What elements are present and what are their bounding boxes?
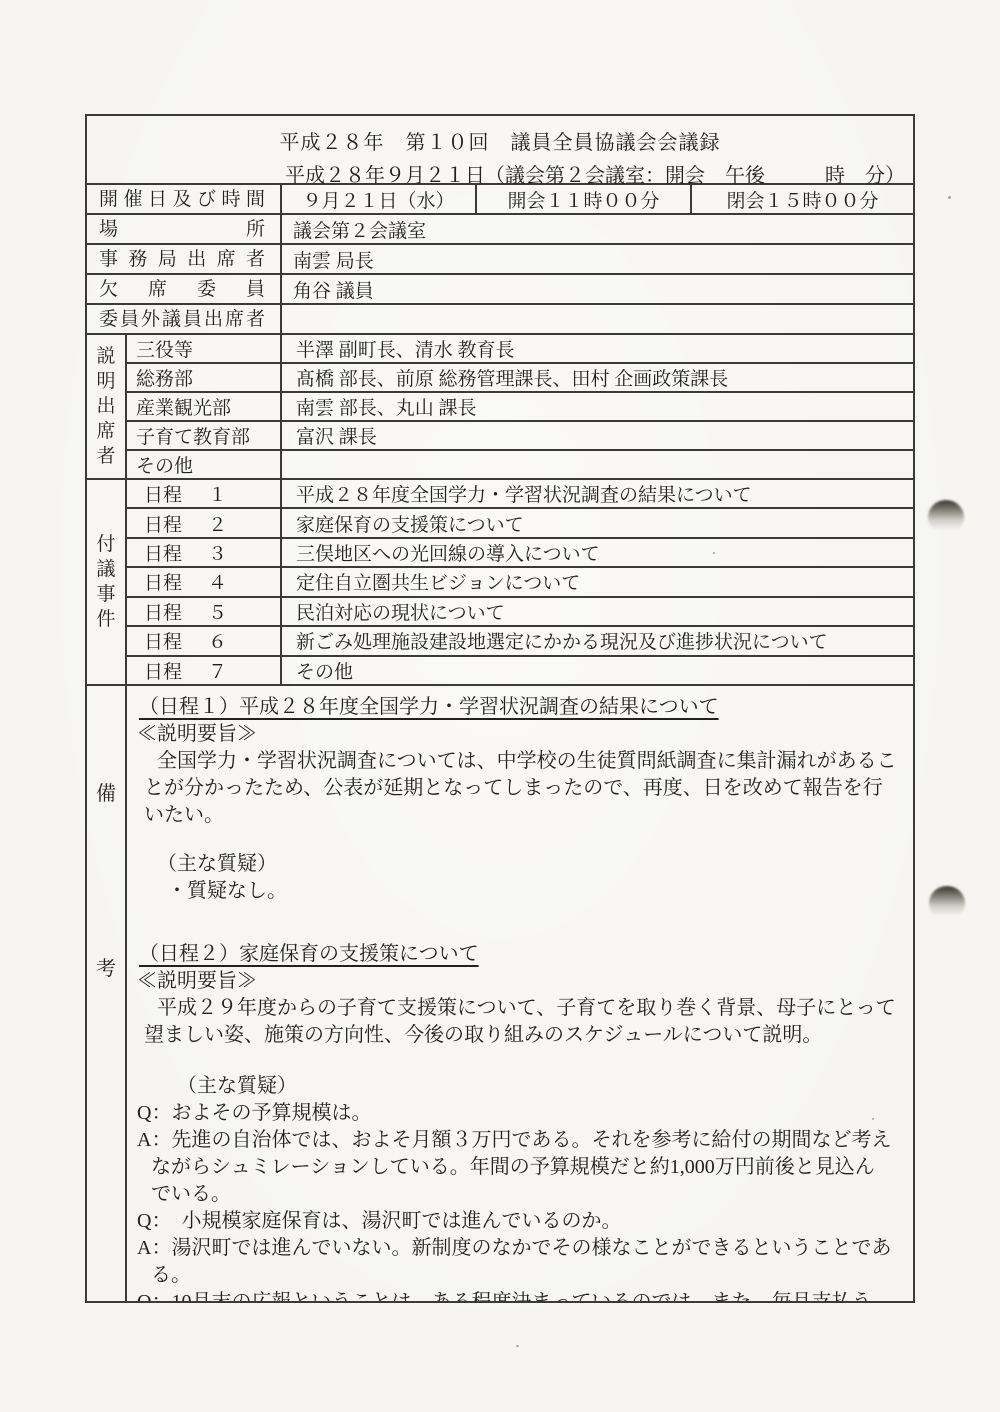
presenter-names: 富沢 課長 xyxy=(280,422,913,449)
presenter-role: 三役等 xyxy=(125,335,280,362)
secretariat-label: 事務局出席者 xyxy=(87,245,280,273)
agenda-row: 日程２ 家庭保育の支援策について xyxy=(125,507,913,536)
notes-content: （日程１）平成２８年度全国学力・学習状況調査の結果について ≪説明要旨≫ 全国学… xyxy=(125,686,913,1301)
scan-speck xyxy=(713,552,715,554)
absent-value: 角谷 議員 xyxy=(280,275,913,303)
agenda2-summary-line: 平成２９年度からの子育て支援策について、子育てを取り巻く背景、母子にとって xyxy=(137,995,911,1022)
agenda1-summary-line: とが分かったため、公表が延期となってしまったので、再度、日を改めて報告を行 xyxy=(137,775,911,802)
row-place: 場所 議会第２会議室 xyxy=(87,213,913,243)
agenda-no: 日程４ xyxy=(125,568,280,595)
place-value: 議会第２会議室 xyxy=(280,215,913,243)
scan-speck xyxy=(516,1345,519,1347)
agenda2-qa-label: （主な質疑） xyxy=(137,1073,911,1100)
nonmember-label: 委員外議員出席者 xyxy=(87,305,280,333)
qa-line: ながらシュミレーションしている。年間の予算規模だと約1,000万円前後と見込ん xyxy=(137,1154,911,1181)
qa-line: る。 xyxy=(137,1262,911,1289)
qa-line: Q：およその予算規模は。 xyxy=(137,1100,911,1127)
presenter-names: 髙橋 部長、前原 総務管理課長、田村 企画政策課長 xyxy=(280,364,913,391)
open-time: 開会１１時００分 xyxy=(475,185,690,213)
agenda-title: 新ごみ処理施設建設地選定にかかる現況及び進捗状況について xyxy=(280,627,913,654)
presenter-names: 南雲 部長、丸山 課長 xyxy=(280,393,913,420)
close-time: 閉会１５時００分 xyxy=(690,185,913,213)
agenda2-summary-line: 望ましい姿、施策の方向性、今後の取り組みのスケジュールについて説明。 xyxy=(137,1022,911,1049)
agenda-row: 日程３ 三俣地区への光回線の導入について xyxy=(125,537,913,566)
datetime-label: 開催日及び時間 xyxy=(87,185,280,213)
agenda-row: 日程５ 民泊対応の現状について xyxy=(125,596,913,625)
presenter-row: 産業観光部 南雲 部長、丸山 課長 xyxy=(125,391,913,420)
presenters-vertical-label: 説 明 出 席 者 xyxy=(87,335,125,478)
row-nonmember-attendee: 委員外議員出席者 xyxy=(87,303,913,333)
agenda-row: 日程６ 新ごみ処理施設建設地選定にかかる現況及び進捗状況について xyxy=(125,625,913,654)
agenda-no: 日程６ xyxy=(125,627,280,654)
agenda-title: 民泊対応の現状について xyxy=(280,598,913,625)
presenter-row: 三役等 半澤 副町長、清水 教育長 xyxy=(125,335,913,362)
agenda-row: 日程４ 定住自立圏共生ビジョンについて xyxy=(125,566,913,595)
agenda1-heading: （日程１）平成２８年度全国学力・学習状況調査の結果について xyxy=(137,694,911,721)
qa-line: A：湯沢町では進んでいない。新制度のなかでその様なことができるということであ xyxy=(137,1235,911,1262)
title-block: 平成２８年 第１０回 議員全員協議会会議録 平成２８年９月２１日（議会第２会議室… xyxy=(87,116,913,183)
secretariat-value: 南雲 局長 xyxy=(280,245,913,273)
agenda-no: 日程５ xyxy=(125,598,280,625)
punch-hole-shadow xyxy=(928,500,964,534)
agenda1-qa-none: ・質疑なし。 xyxy=(137,878,911,905)
agenda-row: 日程７ その他 xyxy=(125,655,913,684)
row-absent-member: 欠席委員 角谷 議員 xyxy=(87,273,913,303)
minutes-table: 平成２８年 第１０回 議員全員協議会会議録 平成２８年９月２１日（議会第２会議室… xyxy=(85,114,915,1303)
agenda-no: 日程３ xyxy=(125,539,280,566)
agenda-title: 家庭保育の支援策について xyxy=(280,509,913,536)
agenda-title: その他 xyxy=(280,657,913,684)
presenter-role: 産業観光部 xyxy=(125,393,280,420)
absent-label: 欠席委員 xyxy=(87,275,280,303)
presenter-row: その他 xyxy=(125,449,913,478)
agenda-no: 日程２ xyxy=(125,509,280,536)
qa-line: Q： 小規模家庭保育は、湯沢町では進んでいるのか。 xyxy=(137,1208,911,1235)
notes-section: 備 考 （日程１）平成２８年度全国学力・学習状況調査の結果について ≪説明要旨≫… xyxy=(87,684,913,1301)
nonmember-value xyxy=(280,305,913,333)
meeting-date: ９月２１日（水） xyxy=(280,185,475,213)
notes-vertical-label: 備 考 xyxy=(87,686,125,1301)
punch-hole-shadow xyxy=(929,886,965,920)
presenter-row: 総務部 髙橋 部長、前原 総務管理課長、田村 企画政策課長 xyxy=(125,362,913,391)
agenda2-summary-label: ≪説明要旨≫ xyxy=(137,968,911,995)
presenter-names: 半澤 副町長、清水 教育長 xyxy=(280,335,913,362)
agenda-section: 付 議 事 件 日程１ 平成２８年度全国学力・学習状況調査の結果について 日程２… xyxy=(87,478,913,684)
scan-speck xyxy=(948,196,951,199)
agenda-no: 日程１ xyxy=(125,480,280,507)
presenter-row: 子育て教育部 富沢 課長 xyxy=(125,420,913,449)
place-label: 場所 xyxy=(87,215,280,243)
agenda-title: 三俣地区への光回線の導入について xyxy=(280,539,913,566)
agenda1-summary-label: ≪説明要旨≫ xyxy=(137,721,911,748)
qa-line: A：先進の自治体では、およそ月額３万円である。それを参考に給付の期間など考え xyxy=(137,1127,911,1154)
presenter-role: 子育て教育部 xyxy=(125,422,280,449)
agenda-rows: 日程１ 平成２８年度全国学力・学習状況調査の結果について 日程２ 家庭保育の支援… xyxy=(125,480,913,684)
presenter-names xyxy=(280,451,913,478)
doc-title: 平成２８年 第１０回 議員全員協議会会議録 xyxy=(87,116,913,155)
scan-speck xyxy=(872,1118,874,1120)
agenda-title: 定住自立圏共生ビジョンについて xyxy=(280,568,913,595)
presenters-section: 説 明 出 席 者 三役等 半澤 副町長、清水 教育長 総務部 髙橋 部長、前原… xyxy=(87,333,913,478)
agenda2-heading: （日程２）家庭保育の支援策について xyxy=(137,941,911,968)
presenters-rows: 三役等 半澤 副町長、清水 教育長 総務部 髙橋 部長、前原 総務管理課長、田村… xyxy=(125,335,913,478)
agenda1-summary-line: 全国学力・学習状況調査については、中学校の生徒質問紙調査に集計漏れがあるこ xyxy=(137,748,911,775)
qa-line: でいる。 xyxy=(137,1181,911,1208)
agenda-row: 日程１ 平成２８年度全国学力・学習状況調査の結果について xyxy=(125,480,913,507)
qa-line: Q：10月末の広報ということは、ある程度決まっているのでは。また、毎月支払う xyxy=(137,1289,911,1301)
row-secretariat: 事務局出席者 南雲 局長 xyxy=(87,243,913,273)
presenter-role: 総務部 xyxy=(125,364,280,391)
agenda1-qa-label: （主な質疑） xyxy=(137,851,911,878)
presenter-role: その他 xyxy=(125,451,280,478)
agenda-no: 日程７ xyxy=(125,657,280,684)
scanned-page: 平成２８年 第１０回 議員全員協議会会議録 平成２８年９月２１日（議会第２会議室… xyxy=(0,0,1000,1412)
agenda1-summary-line: いたい。 xyxy=(137,802,911,829)
agenda-vertical-label: 付 議 事 件 xyxy=(87,480,125,684)
agenda-title: 平成２８年度全国学力・学習状況調査の結果について xyxy=(280,480,913,507)
row-datetime: 開催日及び時間 ９月２１日（水） 開会１１時００分 閉会１５時００分 xyxy=(87,183,913,213)
